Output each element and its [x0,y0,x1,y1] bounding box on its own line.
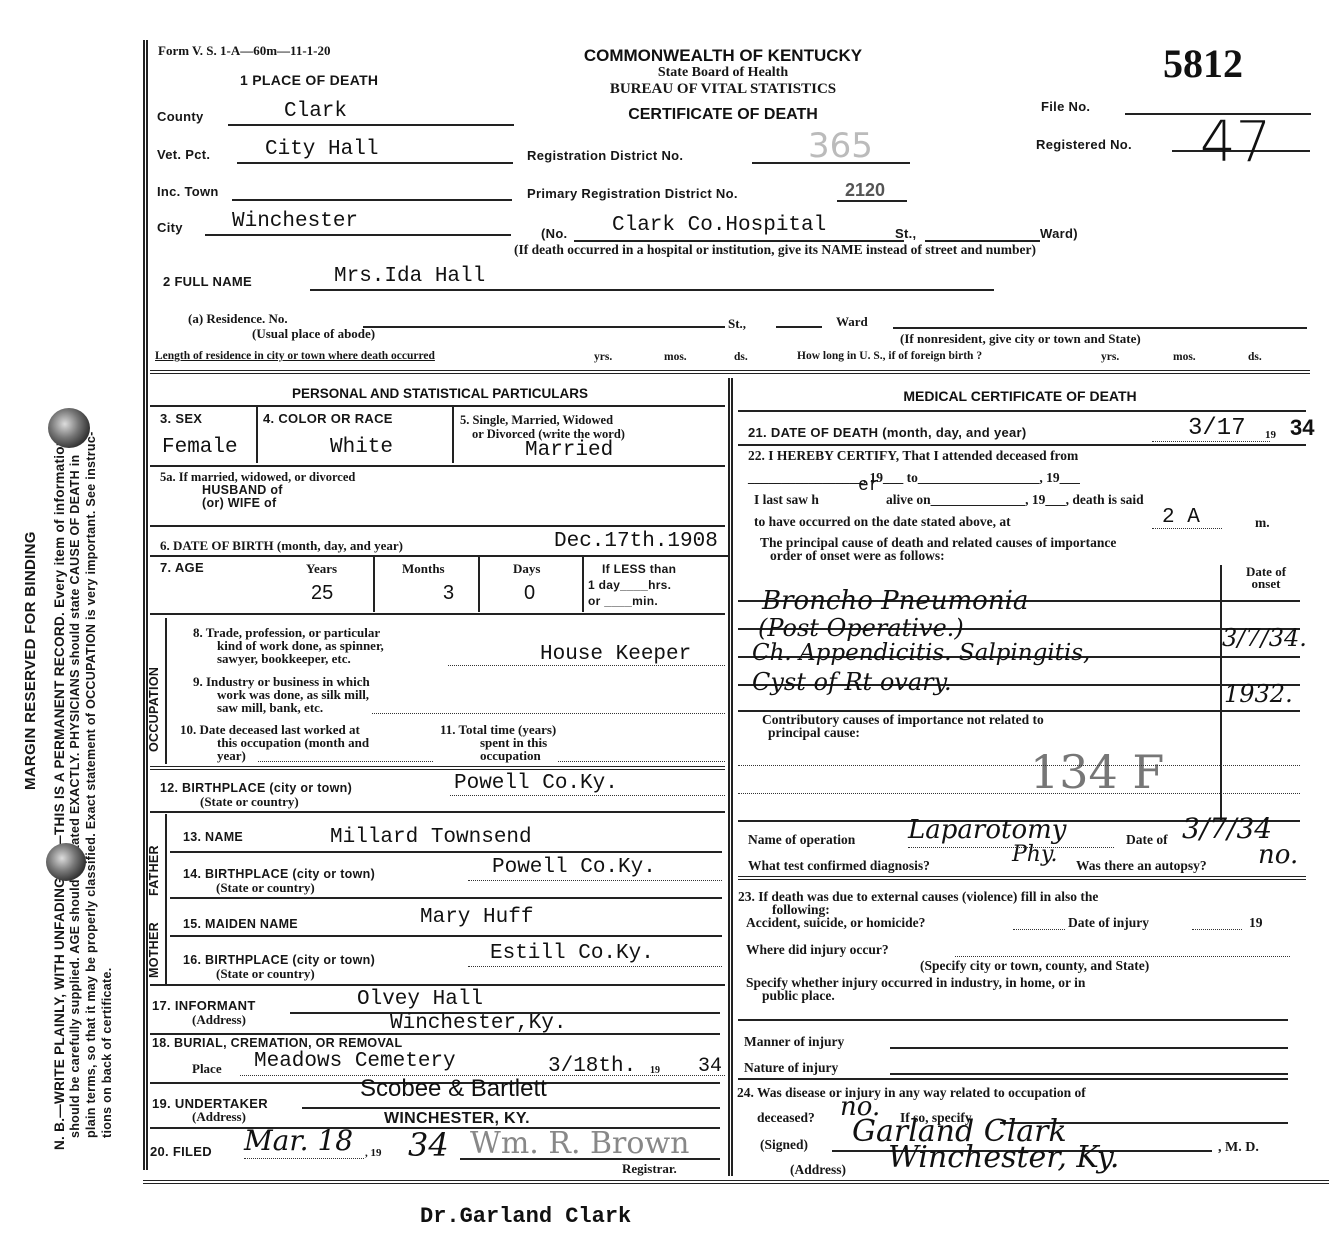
mother-side-label: MOTHER [147,922,161,978]
informant-value: Olvey Hall [357,988,483,1011]
undertaker-sub: (Address) [192,1109,246,1125]
medical-section-title: MEDICAL CERTIFICATE OF DEATH [740,388,1300,404]
parents-side-divider [165,814,167,984]
spouse-label-2: HUSBAND of [202,483,283,497]
certify-line-2: _________________, 19___ to_____________… [748,470,1080,486]
sex-row-bottom [150,465,725,467]
length-mos: mos. [664,351,687,363]
operation-bottom [738,876,1306,880]
mother-birthplace-value: Estill Co.Ky. [490,942,654,965]
total-time-label-3: occupation [480,748,541,764]
date-of-death-year-value: 34 [1290,415,1314,441]
length-yrs: yrs. [594,351,612,363]
last-saw-label-b: alive on______________, 19___, death is … [886,492,1144,508]
birthplace-label: 12. BIRTHPLACE (city or town) [160,781,352,795]
date-onset-divider [1220,565,1222,820]
form-bottom-border [143,1180,1329,1184]
trade-value: House Keeper [540,643,691,666]
mother-name-value: Mary Huff [420,906,533,929]
filed-line [244,1158,364,1159]
residence-section-divider [150,370,1310,374]
informant-address: Winchester,Ky. [390,1012,566,1035]
length-of-residence-label: Length of residence in city or town wher… [155,350,435,362]
race-marital-divider [452,407,454,463]
burial-label: 18. BURIAL, CREMATION, OR REMOVAL [152,1036,402,1050]
county-value: Clark [284,100,347,123]
occurred-label: to have occurred on the date stated abov… [754,514,1011,530]
occurred-time: 2 A [1162,506,1200,529]
residence-st-label: St., [728,316,746,332]
nonresident-note: (If nonresident, give city or town and S… [900,331,1141,347]
test-label: What test confirmed diagnosis? [748,858,930,874]
residence-label: (a) Residence. No. [188,311,288,327]
nb-instruction-line-3: plain terms, so that it may be properly … [84,431,98,1138]
father-name-label: 13. NAME [183,830,243,844]
date-of-death-year-prefix: 19 [1265,429,1276,441]
birthplace-line [450,795,725,796]
date-of-death-value: 3/17 [1188,415,1246,442]
less-than-label-2: 1 day____hrs. [588,578,671,592]
manner-line [890,1047,1288,1049]
operation-label: Name of operation [748,832,855,848]
registrar-signature: Wm. R. Brown [470,1126,689,1161]
registered-no-label: Registered No. [1036,137,1132,152]
residence-ward-label: Ward [836,314,868,330]
race-label: 4. COLOR OR RACE [263,411,393,426]
filed-label: 20. FILED [150,1144,212,1159]
days-value: 0 [524,582,535,605]
full-name-line [310,289,994,291]
nb-instruction-line-4: tions on back of certificate. [100,967,114,1138]
column-divider [728,378,733,1176]
city-value: Winchester [232,210,358,233]
margin-reserved-text: MARGIN RESERVED FOR BINDING [22,531,39,790]
ward-label: Ward) [1040,226,1078,241]
mother-birthplace-sub: (State or country) [216,966,315,982]
autopsy-label: Was there an autopsy? [1076,858,1207,874]
personal-section-title: PERSONAL AND STATISTICAL PARTICULARS [150,386,730,401]
filed-date-value: Mar. 18 [244,1124,353,1157]
last-saw-label-a: I last saw h [754,492,819,508]
hospital-value: Clark Co.Hospital [612,214,826,237]
informant-label: 17. INFORMANT [152,998,256,1013]
registration-district-label: Registration District No. [527,148,683,163]
occurred-suffix: m. [1255,515,1270,531]
occupation-bottom [150,766,725,770]
contributory-line-1 [738,765,1300,766]
certificate-title: CERTIFICATE OF DEATH [548,106,898,124]
sex-label: 3. SEX [160,411,202,426]
age-label: 7. AGE [160,560,204,575]
street-no-label: (No. [541,226,567,241]
spouse-label-3: (or) WIFE of [202,496,276,510]
specify-line [738,1019,1288,1021]
cause-intro-2: order of onset were as follows: [770,548,945,564]
signed-label: (Signed) [760,1137,808,1153]
less-than-label-3: or ____min. [588,594,658,608]
nb-instruction-line-2: should be carefully supplied. AGE should… [68,455,82,1138]
occupation-related-label: 24. Was disease or injury in any way rel… [737,1085,1086,1101]
months-label: Months [402,561,445,577]
inc-town-label: Inc. Town [157,184,219,199]
operation-value: Laparotomy [908,815,1066,845]
file-no-label: File No. [1041,99,1090,114]
specify-label-2: public place. [762,988,835,1004]
accident-label: Accident, suicide, or homicide? [746,915,925,931]
nature-line [890,1073,1288,1075]
burial-place-label: Place [192,1061,222,1077]
nature-bottom [738,1078,1288,1080]
inc-town-line [232,199,512,201]
industry-label-3: saw mill, bank, etc. [217,700,323,716]
filed-year-prefix: , 19 [365,1147,382,1159]
burial-place-value: Meadows Cemetery [254,1050,456,1073]
total-time-line [558,761,725,762]
marital-label-1: 5. Single, Married, Widowed [460,413,613,428]
birthplace-value: Powell Co.Ky. [454,772,618,795]
contributory-label-2: principal cause: [768,725,860,741]
hospital-note: (If death occurred in a hospital or inst… [514,242,1036,258]
full-name-label: 2 FULL NAME [163,274,252,289]
residence-sub: (Usual place of abode) [252,326,375,342]
binding-hole-bottom [46,843,86,881]
marital-value: Married [525,439,613,462]
where-line [955,956,1290,957]
injury-date-label: Date of injury [1068,915,1149,931]
us-yrs: yrs. [1101,351,1119,363]
date-onset-label: Date of onset [1232,566,1300,590]
operation-line [908,847,1114,848]
residence-ward-line [893,327,1307,329]
registered-no-value: 47 [1200,110,1271,175]
informant-sub: (Address) [192,1012,246,1028]
county-line [228,124,514,126]
mother-birthplace-label: 16. BIRTHPLACE (city or town) [183,953,375,967]
vet-pct-line [237,162,513,164]
contributory-mark: 134 F [1030,745,1164,799]
deceased-label: deceased? [757,1110,815,1126]
medical-title-underline [738,410,1306,412]
registrar-label: Registrar. [622,1161,677,1177]
last-saw-her: er [858,476,880,496]
commonwealth-title: COMMONWEALTH OF KENTUCKY [548,46,898,66]
form-number: Form V. S. 1-A—60m—11-1-20 [158,43,331,59]
accident-line [1013,929,1065,930]
typed-physician-name: Dr.Garland Clark [420,1204,631,1229]
us-mos: mos. [1173,351,1196,363]
months-value: 3 [443,582,454,605]
trade-line [448,665,725,666]
how-long-us-label: How long in U. S., if of foreign birth ? [797,350,982,362]
operation-date-label: Date of [1126,832,1168,848]
street-label: St., [895,226,916,241]
undertaker-line [302,1107,720,1109]
dob-value: Dec.17th.1908 [554,530,718,553]
residence-line [363,326,725,328]
primary-registration-district-label: Primary Registration District No. [527,186,738,201]
informant-address-line [150,1033,720,1035]
trade-label-3: sawyer, bookkeeper, etc. [217,651,351,667]
place-of-death-heading: 1 PLACE OF DEATH [240,72,378,88]
less-than-label-1: If LESS than [602,562,676,576]
registration-district-value: 365 [808,126,873,166]
board-of-health: State Board of Health [548,65,898,81]
city-line [205,234,511,236]
birthplace-sub: (State or country) [200,794,299,810]
cause-2: (Post Operative.) [758,614,964,642]
binding-hole-top [48,408,90,448]
onset-2: 3/7/34. [1222,624,1307,652]
father-side-label: FATHER [147,845,161,896]
last-worked-label-3: year) [217,748,246,764]
age-divider-2 [478,556,480,612]
date-of-death-bottom [738,444,1306,446]
injury-year: 19 [1249,915,1263,931]
city-label: City [157,220,183,235]
age-divider-1 [373,556,375,612]
where-label: Where did injury occur? [746,942,889,958]
father-name-value: Millard Townsend [330,826,532,849]
sex-race-divider [256,407,258,463]
race-value: White [330,436,393,459]
autopsy-value: no. [1258,840,1298,870]
contributory-line-2 [738,793,1300,794]
cause-4: Cyst of Rt ovary. [752,668,952,696]
bureau-title: BUREAU OF VITAL STATISTICS [548,81,898,98]
full-name-value: Mrs.Ida Hall [334,265,485,288]
father-birthplace-label: 14. BIRTHPLACE (city or town) [183,867,375,881]
father-birthplace-sub: (State or country) [216,880,315,896]
age-divider-3 [582,556,584,612]
father-mother-divider [170,897,722,899]
father-name-line [170,851,722,853]
nb-instruction-line-1: N. B.—WRITE PLAINLY, WITH UNFADING INK—T… [52,438,67,1150]
industry-line [372,713,725,714]
registrar-line [460,1158,720,1160]
vet-pct-value: City Hall [265,138,378,161]
form-left-border [143,40,148,1170]
father-birthplace-line [468,880,722,881]
last-worked-line [258,761,433,762]
injury-date-line [1192,929,1242,930]
md-label: , M. D. [1218,1140,1259,1156]
years-value: 25 [311,582,333,605]
address-label: (Address) [790,1162,846,1178]
filed-year-value: 34 [408,1126,449,1164]
test-value: Phy. [1012,842,1057,867]
cause-3: Ch. Appendicitis. Salpingitis, [752,640,1090,666]
dob-label: 6. DATE OF BIRTH (month, day, and year) [160,538,403,554]
mother-name-line [170,935,722,937]
address-value: Winchester, Ky. [888,1140,1119,1175]
years-label: Years [306,561,337,577]
nature-label: Nature of injury [744,1060,838,1076]
date-of-death-label: 21. DATE OF DEATH (month, day, and year) [748,425,1027,440]
cause-1: Broncho Pneumonia [762,586,1028,616]
certify-label: 22. I HEREBY CERTIFY, That I attended de… [748,448,1078,464]
stamp-number: 5812 [1163,40,1243,87]
occupation-side-label: OCCUPATION [147,667,161,752]
sex-value: Female [162,436,238,459]
dob-line [150,555,728,557]
mother-birthplace-line [468,966,722,967]
age-row-bottom [150,613,725,615]
days-label: Days [513,561,540,577]
residence-st-line [776,326,822,328]
parents-bottom [150,984,725,986]
length-ds: ds. [734,351,748,363]
onset-4: 1932. [1224,680,1293,708]
father-birthplace-value: Powell Co.Ky. [492,856,656,879]
where-sub: (Specify city or town, county, and State… [920,958,1149,974]
occupation-side-divider [165,618,167,764]
undertaker-value: Scobee & Bartlett [360,1075,547,1103]
primary-registration-district-value: 2120 [845,180,885,201]
personal-title-underline [150,405,725,407]
spouse-line [150,525,725,527]
birthplace-bottom [150,811,725,813]
manner-label: Manner of injury [744,1034,844,1050]
mother-name-label: 15. MAIDEN NAME [183,917,298,931]
county-label: County [157,109,204,124]
us-ds: ds. [1248,351,1262,363]
vet-pct-label: Vet. Pct. [157,147,210,162]
